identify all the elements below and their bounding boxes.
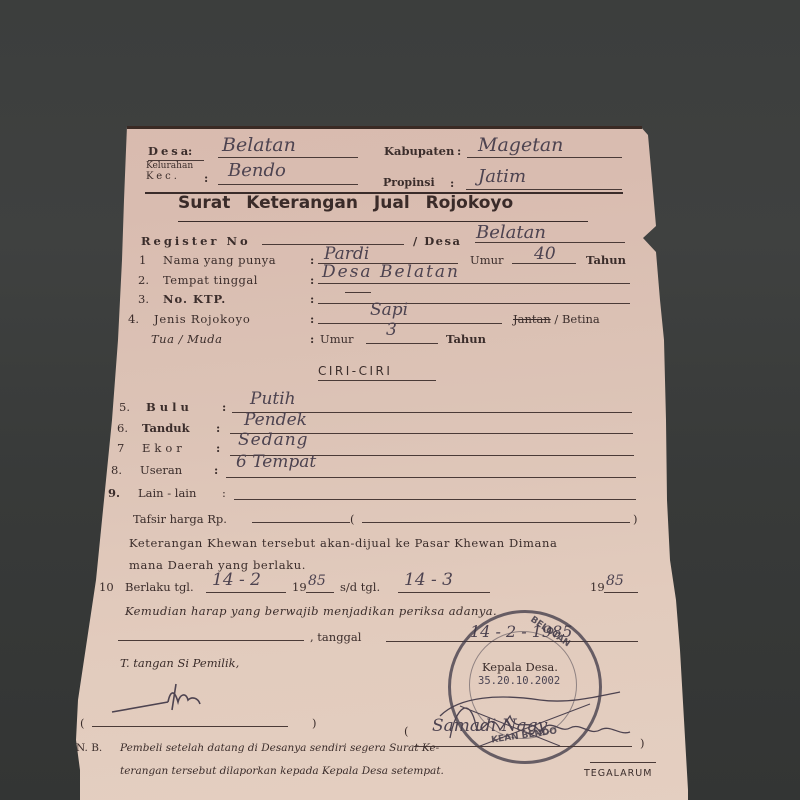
- colon: :: [310, 273, 314, 287]
- colon: :: [310, 292, 314, 306]
- printer-line: [590, 762, 656, 763]
- berlaku-label: Berlaku tgl.: [125, 580, 194, 594]
- berlaku-from-year-line: [306, 592, 334, 593]
- tafsir-close: ): [633, 512, 638, 526]
- ciri-9-line: [234, 499, 636, 500]
- field-1-value: Pardi: [324, 244, 369, 264]
- colon: :: [222, 486, 226, 500]
- propinsi-value: Jatim: [478, 166, 526, 187]
- field-3-num: 3.: [138, 292, 149, 306]
- kelurahan-label: Kelurahan: [146, 161, 193, 171]
- kemudian-text: Kemudian harap yang berwajib menjadikan …: [125, 604, 497, 618]
- tafsir-label: Tafsir harga Rp.: [133, 512, 227, 526]
- berlaku-to-line: [398, 592, 490, 593]
- field-2-value: Desa Belatan: [322, 262, 460, 282]
- umur-line: [512, 263, 576, 264]
- berlaku-num: 10: [99, 580, 114, 594]
- tafsir-open: (: [350, 512, 355, 526]
- owner-paren-open: (: [80, 716, 85, 730]
- jantan-option-struck: Jantan: [513, 312, 551, 326]
- document-form: Desa : Belatan Kabupaten : Magetan Kelur…: [0, 0, 800, 800]
- ciri-8-line: [226, 477, 636, 478]
- tafsir-words-line: [362, 522, 630, 523]
- tafsir-rp-line: [252, 522, 350, 523]
- field-2-num: 2.: [138, 273, 149, 287]
- owner-paren-close: ): [312, 716, 317, 730]
- tua-umur-line: [366, 343, 438, 344]
- berlaku-to-year-prefix: 19: [590, 580, 605, 594]
- kec-label: Kec.: [146, 171, 180, 182]
- kec-value-line: [218, 184, 358, 185]
- field-4-value: Sapi: [370, 300, 408, 320]
- kepala-name-line: [414, 746, 632, 747]
- field-2-label: Tempat tinggal: [163, 273, 258, 287]
- kabupaten-value-line: [467, 157, 622, 158]
- tua-tahun-label: Tahun: [446, 332, 486, 346]
- ciri-title: CIRI-CIRI: [318, 364, 392, 378]
- kepala-paren-open: (: [404, 724, 409, 738]
- kec-value: Bendo: [228, 160, 286, 181]
- ttd-pemilik-label: T. tangan Si Pemilik,: [120, 656, 239, 670]
- tua-muda-label: Tua / Muda: [151, 332, 223, 346]
- field-4-line: [318, 323, 502, 324]
- kepala-desa-name: Samadi Nagy: [432, 716, 547, 736]
- ciri-8-label: Useran: [140, 463, 182, 477]
- jantan-betina-options: Jantan / Betina: [513, 312, 600, 326]
- field-3-label: No. KTP.: [163, 292, 226, 306]
- colon: :: [457, 144, 461, 158]
- field-4-num: 4.: [128, 312, 139, 326]
- berlaku-from-date: 14 - 2: [212, 570, 261, 590]
- desa-value-line: [218, 157, 358, 158]
- register-desa-line: [475, 242, 625, 243]
- keterangan-line-1: Keterangan Khewan tersebut akan-dijual k…: [129, 536, 557, 550]
- desa-value: Belatan: [222, 134, 296, 156]
- field-1-label: Nama yang punya: [163, 253, 276, 267]
- nb-line-1: Pembeli setelah datang di Desanya sendir…: [120, 742, 439, 754]
- owner-signature: [108, 682, 218, 718]
- kepala-paren-close: ): [640, 736, 645, 750]
- ciri-6-num: 6.: [117, 421, 128, 435]
- colon: :: [222, 400, 226, 414]
- tanggal-place-line: [118, 640, 304, 641]
- umur-value: 40: [534, 244, 556, 264]
- colon: :: [214, 463, 218, 477]
- printer-name: TEGALARUM: [584, 768, 652, 779]
- colon: :: [216, 441, 220, 455]
- desa-label: Desa: [148, 144, 191, 158]
- ciri-7-value: Sedang: [238, 430, 309, 450]
- berlaku-to-date: 14 - 3: [404, 570, 453, 590]
- colon: :: [310, 332, 314, 346]
- propinsi-label: Propinsi: [383, 176, 435, 189]
- ciri-7-num: 7: [117, 441, 124, 455]
- tanggal-label: , tanggal: [310, 630, 361, 644]
- ciri-8-num: 8.: [111, 463, 122, 477]
- ciri-title-underline: [318, 380, 436, 381]
- tahun-label: Tahun: [586, 253, 626, 267]
- berlaku-from-year-prefix: 19: [292, 580, 307, 594]
- field-3-dash: [345, 292, 371, 293]
- ciri-5-value: Putih: [250, 389, 296, 409]
- form-title: Surat Keterangan Jual Rojokoyo: [178, 193, 513, 213]
- tua-umur-value: 3: [386, 320, 397, 340]
- ciri-7-label: Ekor: [142, 441, 186, 455]
- ciri-9-num: 9.: [108, 486, 120, 500]
- register-desa-value: Belatan: [476, 222, 546, 243]
- colon: :: [310, 253, 314, 267]
- nb-label: N. B.: [76, 742, 102, 754]
- nb-line-2: terangan tersebut dilaporkan kepada Kepa…: [120, 765, 444, 777]
- colon: :: [204, 171, 208, 185]
- field-4-label: Jenis Rojokoyo: [154, 312, 251, 326]
- colon: :: [188, 144, 192, 158]
- berlaku-to-year-line: [604, 592, 638, 593]
- field-1-num: 1: [139, 253, 146, 267]
- register-desa-label: / Desa: [413, 234, 461, 248]
- colon: :: [450, 176, 454, 190]
- colon: :: [310, 312, 314, 326]
- sd-label: s/d tgl.: [340, 580, 380, 594]
- owner-name-line: [92, 726, 288, 727]
- ciri-9-label: Lain - lain: [138, 486, 196, 500]
- ciri-5-num: 5.: [119, 400, 130, 414]
- colon: :: [216, 421, 220, 435]
- kabupaten-label: Kabupaten: [384, 144, 454, 158]
- ciri-6-label: Tanduk: [142, 421, 190, 435]
- propinsi-value-line: [466, 189, 622, 190]
- field-2-line: [318, 283, 630, 284]
- tua-umur-label: Umur: [320, 332, 354, 346]
- ciri-6-value: Pendek: [244, 410, 307, 430]
- berlaku-from-line: [206, 592, 286, 593]
- kabupaten-value: Magetan: [478, 134, 563, 156]
- berlaku-from-year-suffix: 85: [308, 573, 326, 589]
- ciri-5-label: Bulu: [146, 400, 193, 414]
- field-3-line: [318, 303, 630, 304]
- umur-label: Umur: [470, 253, 504, 267]
- berlaku-to-year-suffix: 85: [606, 573, 624, 589]
- register-label: Register No: [141, 234, 251, 248]
- ciri-8-value: 6 Tempat: [236, 452, 316, 472]
